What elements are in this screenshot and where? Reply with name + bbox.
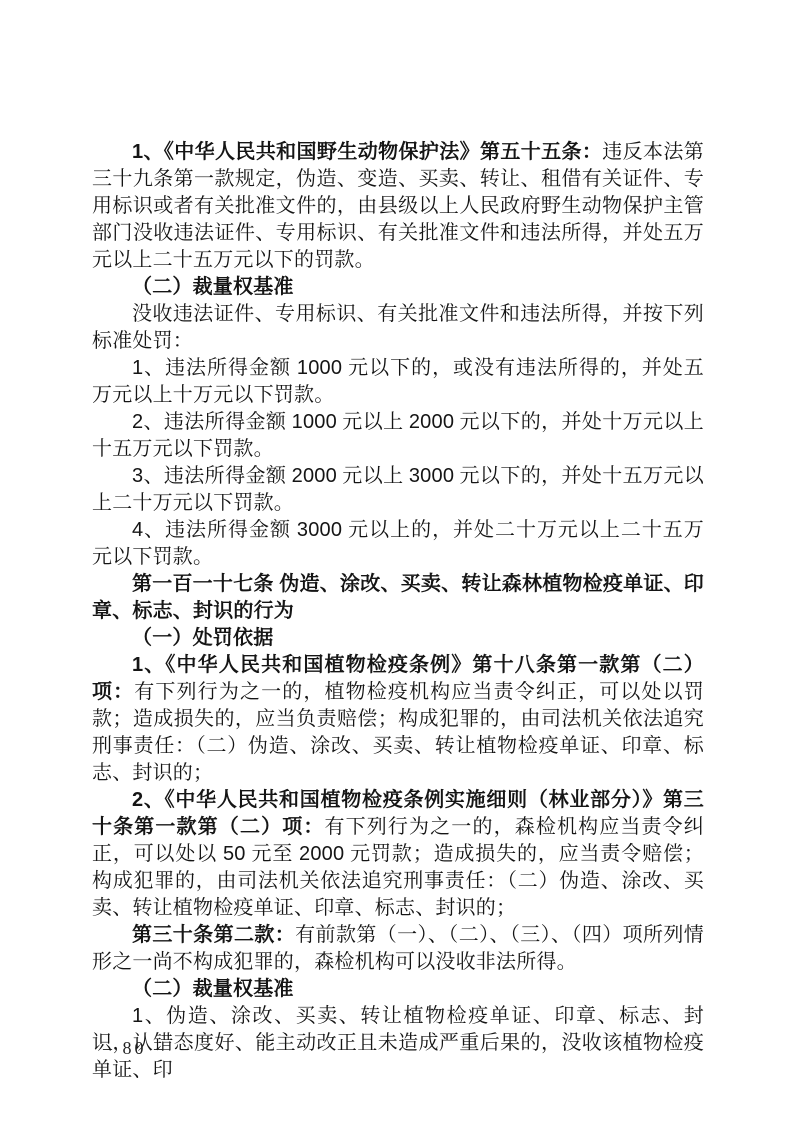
numeric-text: 1000 — [292, 411, 337, 433]
body-paragraph: 2、《中华人民共和国植物检疫条例实施细则（林业部分）》第三十条第一款第（二）项：… — [92, 787, 704, 922]
body-paragraph: 4、违法所得金额 3000 元以上的，并处二十万元以上二十五万元以下罚款。 — [92, 517, 704, 571]
text-run: 4、违法所得金额 3000 元以上的，并处二十万元以上二十五万元以下罚款。 — [92, 519, 704, 568]
body-paragraph: 1、违法所得金额 1000 元以下的，或没有违法所得的，并处五万元以上十万元以下… — [92, 355, 704, 409]
bold-text-run: （二）裁量权基准 — [132, 276, 294, 298]
bold-text-run: （二）裁量权基准 — [132, 978, 294, 1000]
numeric-text: 2000 — [409, 411, 454, 433]
numeric-text: 1 — [132, 1005, 143, 1027]
numeric-text: 4 — [132, 519, 143, 541]
numeric-text: 1000 — [297, 357, 342, 379]
body-paragraph: 2、违法所得金额 1000 元以上 2000 元以下的，并处十万元以上十五万元以… — [92, 409, 704, 463]
numeric-text: 3000 — [297, 519, 342, 541]
bold-text-run: 第一百一十七条 伪造、涂改、买卖、转让森林植物检疫单证、印章、标志、封识的行为 — [92, 573, 704, 622]
bold-text-run: 第三十条第二款： — [132, 924, 295, 946]
bold-text-run: （一）处罚依据 — [132, 627, 273, 649]
page-number: – 80 – — [103, 1038, 166, 1059]
numeric-text: 3000 — [409, 465, 454, 487]
numeric-text: 3 — [132, 465, 143, 487]
body-paragraph: 1、《中华人民共和国野生动物保护法》第五十五条：违反本法第三十九条第一款规定，伪… — [92, 139, 704, 274]
numeric-text: 1 — [132, 141, 143, 163]
text-run: 3、违法所得金额 2000 元以上 3000 元以下的，并处十五万元以上二十万元… — [92, 465, 704, 514]
numeric-text: 50 — [223, 843, 246, 865]
text-run: 1、违法所得金额 1000 元以下的，或没有违法所得的，并处五万元以上十万元以下… — [92, 357, 704, 406]
numeric-text: 2000 — [299, 843, 344, 865]
heading-paragraph: 第一百一十七条 伪造、涂改、买卖、转让森林植物检疫单证、印章、标志、封识的行为 — [92, 571, 704, 625]
numeric-text: 2 — [132, 789, 143, 811]
numeric-text: 1 — [132, 654, 143, 676]
heading-paragraph: （一）处罚依据 — [92, 625, 704, 652]
text-run: 没收违法证件、专用标识、有关批准文件和违法所得，并按下列标准处罚： — [92, 303, 704, 352]
numeric-text: 2000 — [292, 465, 337, 487]
numeric-text: 1 — [132, 357, 143, 379]
body-paragraph: 3、违法所得金额 2000 元以上 3000 元以下的，并处十五万元以上二十万元… — [92, 463, 704, 517]
body-paragraph: 1、伪造、涂改、买卖、转让植物检疫单证、印章、标志、封识，认错态度好、能主动改正… — [92, 1003, 704, 1084]
document-content: 1、《中华人民共和国野生动物保护法》第五十五条：违反本法第三十九条第一款规定，伪… — [92, 139, 704, 1084]
bold-text-run: 1、《中华人民共和国野生动物保护法》第五十五条： — [132, 141, 602, 163]
heading-paragraph: （二）裁量权基准 — [92, 976, 704, 1003]
text-run: 有下列行为之一的，植物检疫机构应当责令纠正，可以处以罚款；造成损失的，应当负责赔… — [92, 681, 704, 784]
body-paragraph: 1、《中华人民共和国植物检疫条例》第十八条第一款第（二）项：有下列行为之一的，植… — [92, 652, 704, 787]
body-paragraph: 没收违法证件、专用标识、有关批准文件和违法所得，并按下列标准处罚： — [92, 301, 704, 355]
body-paragraph: 第三十条第二款：有前款第（一）、（二）、（三）、（四）项所列情形之一尚不构成犯罪… — [92, 922, 704, 976]
heading-paragraph: （二）裁量权基准 — [92, 274, 704, 301]
document-page: 1、《中华人民共和国野生动物保护法》第五十五条：违反本法第三十九条第一款规定，伪… — [0, 0, 793, 1122]
numeric-text: 2 — [132, 411, 143, 433]
text-run: 1、伪造、涂改、买卖、转让植物检疫单证、印章、标志、封识，认错态度好、能主动改正… — [92, 1005, 704, 1081]
text-run: 2、违法所得金额 1000 元以上 2000 元以下的，并处十万元以上十五万元以… — [92, 411, 704, 460]
